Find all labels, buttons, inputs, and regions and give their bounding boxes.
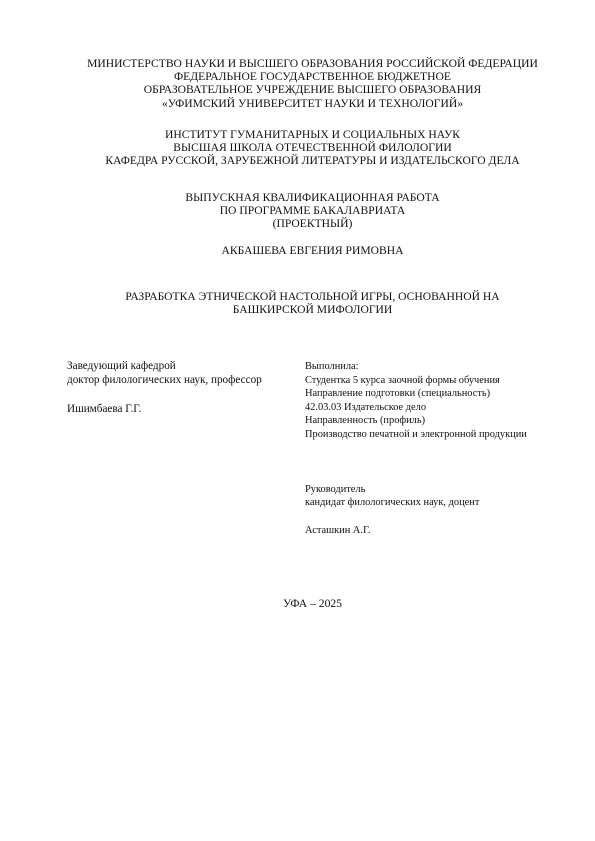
work-type-line: ПО ПРОГРАММЕ БАКАЛАВРИАТА [40, 204, 585, 217]
work-type-line: ВЫПУСКНАЯ КВАЛИФИКАЦИОННАЯ РАБОТА [40, 191, 585, 204]
performer-line: Направление подготовки (специальность) [305, 387, 565, 401]
department-name: КАФЕДРА РУССКОЙ, ЗАРУБЕЖНОЙ ЛИТЕРАТУРЫ И… [40, 154, 585, 167]
institute-header: ИНСТИТУТ ГУМАНИТАРНЫХ И СОЦИАЛЬНЫХ НАУК … [40, 128, 585, 168]
ministry-line: ФЕДЕРАЛЬНОЕ ГОСУДАРСТВЕННОЕ БЮДЖЕТНОЕ [40, 70, 585, 83]
university-name: «УФИМСКИЙ УНИВЕРСИТЕТ НАУКИ И ТЕХНОЛОГИЙ… [40, 97, 585, 110]
author-name: АКБАШЕВА ЕВГЕНИЯ РИМОВНА [40, 244, 585, 257]
work-type: ВЫПУСКНАЯ КВАЛИФИКАЦИОННАЯ РАБОТА ПО ПРО… [40, 191, 585, 231]
head-role: Заведующий кафедрой [67, 359, 297, 373]
supervisor-name: Асташкин А.Г. [305, 524, 565, 538]
city-year: УФА – 2025 [40, 597, 585, 610]
performer-label: Выполнила: [305, 360, 565, 374]
performer-line: 42.03.03 Издательское дело [305, 401, 565, 415]
ministry-line: ОБРАЗОВАТЕЛЬНОЕ УЧРЕЖДЕНИЕ ВЫСШЕГО ОБРАЗ… [40, 83, 585, 96]
author-block: АКБАШЕВА ЕВГЕНИЯ РИМОВНА [40, 244, 585, 257]
head-name: Ишимбаева Г.Г. [67, 402, 297, 416]
title-page: МИНИСТЕРСТВО НАУКИ И ВЫСШЕГО ОБРАЗОВАНИЯ… [0, 0, 595, 841]
supervisor-degree: кандидат филологических наук, доцент [305, 496, 565, 510]
supervisor-role: Руководитель [305, 483, 565, 497]
ministry-line: МИНИСТЕРСТВО НАУКИ И ВЫСШЕГО ОБРАЗОВАНИЯ… [40, 57, 585, 70]
performer-line: Студентка 5 курса заочной формы обучения [305, 374, 565, 388]
work-type-line: (ПРОЕКТНЫЙ) [40, 217, 585, 230]
work-title-line: РАЗРАБОТКА ЭТНИЧЕСКОЙ НАСТОЛЬНОЙ ИГРЫ, О… [40, 290, 585, 303]
institute-name: ИНСТИТУТ ГУМАНИТАРНЫХ И СОЦИАЛЬНЫХ НАУК [40, 128, 585, 141]
head-of-department-block: Заведующий кафедрой доктор филологически… [67, 359, 297, 416]
performer-line: Направленность (профиль) [305, 414, 565, 428]
school-name: ВЫСШАЯ ШКОЛА ОТЕЧЕСТВЕННОЙ ФИЛОЛОГИИ [40, 141, 585, 154]
head-degree: доктор филологических наук, профессор [67, 373, 297, 387]
city-year-text: УФА – 2025 [40, 597, 585, 610]
performer-line: Производство печатной и электронной прод… [305, 428, 565, 442]
ministry-header: МИНИСТЕРСТВО НАУКИ И ВЫСШЕГО ОБРАЗОВАНИЯ… [40, 57, 585, 110]
work-title: РАЗРАБОТКА ЭТНИЧЕСКОЙ НАСТОЛЬНОЙ ИГРЫ, О… [40, 290, 585, 316]
work-title-line: БАШКИРСКОЙ МИФОЛОГИИ [40, 303, 585, 316]
performer-block: Выполнила: Студентка 5 курса заочной фор… [305, 360, 565, 537]
